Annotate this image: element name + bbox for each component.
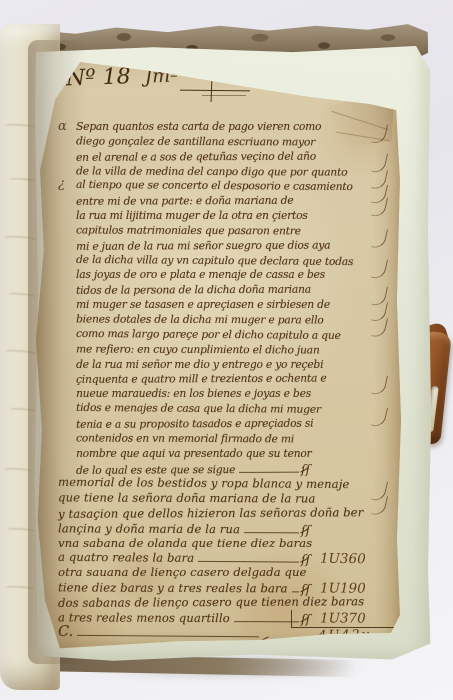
ruled-dash [325,414,376,415]
manuscript-page: Nº 18Jmº — α Sepan quantos esta carta de… [30,58,404,650]
ruled-dash [315,293,376,294]
line-text: como mas largo pareçe por el dicho capit… [76,327,341,342]
ruled-dash [310,576,376,577]
ruled-dash [319,146,376,147]
line-text: nombre que aqui va presentado que su ten… [76,447,311,460]
ruled-dash [353,488,376,489]
ruled-dash [367,516,376,517]
ruled-dash [312,220,376,221]
manuscript-line: que tiene la señora doña mariana de la r… [58,490,378,506]
manuscript-line: α Sepan quantos esta carta de pago viere… [76,120,378,135]
line-text: diego gonçalez de santillana escriuano m… [76,134,315,148]
line-text: la rua mi lijitima muger de la otra en ç… [76,209,308,222]
ruled-dash [329,279,376,280]
cross-second-stroke [202,95,246,96]
ruled-dash [298,443,376,444]
manuscript-line: tidos de la persona de la dicha doña mar… [76,282,378,298]
manuscript-line: x otra sauana de lienço casero delgada q… [58,565,378,580]
manuscript-line: dos sabanas de lienço casero que tienen … [58,594,378,611]
line-text: mi e juan de la rua mi señor suegro que … [76,238,330,252]
cross-horizontal-stroke [180,90,250,92]
ruled-dash [198,560,299,563]
manuscript-line: entre mi de vna parte: e doña mariana de [76,193,378,209]
line-text: tiene diez baras y a tres reales la bara [58,580,288,595]
ruled-dash [324,354,376,355]
line-text: que tiene la señora doña mariana de la r… [58,490,315,505]
margin-mark: ¿ [58,177,65,192]
manuscript-line: las joyas de oro e plata e menaje de cas… [76,268,378,283]
ruled-dash [345,340,376,341]
ruled-dash [244,531,299,533]
ruled-dash [330,382,376,383]
line-text: vna sabana de olanda que tiene diez bara… [58,536,312,550]
ruled-dash [305,235,376,236]
ruled-dash [315,398,376,399]
ruled-dash [357,191,376,192]
manuscript-line: tenia e a su proposito tasados e apreçia… [76,416,378,432]
ruled-dash [334,309,376,310]
ruled-dash [328,324,376,325]
line-text: tidos e menajes de casa que la dicha mi … [76,401,321,416]
line-text: de la rua mi señor me dio y entrego e yo… [76,358,323,371]
line-text: nueue marauedis: en los bienes e joyas e… [76,387,311,400]
ruled-dash [317,427,376,428]
line-text: de la villa de medina del canpo digo que… [76,164,347,178]
scribal-sign: ſſ [301,462,314,477]
ruled-dash [357,265,376,266]
manuscript-line: como mas largo pareçe por el dicho capit… [76,327,378,344]
line-text: bienes dotales de la dicha mi muger e pa… [76,312,324,326]
manuscript-line: en el arenal e a sos de qetuñas veçino d… [76,149,378,165]
manuscript-line: la rua mi lijitima muger de la otra en ç… [76,209,378,224]
ruled-dash [234,620,299,622]
manuscript-line: diego gonçalez de santillana escriuano m… [76,134,378,150]
manuscript-text: α Sepan quantos esta carta de pago viere… [58,120,378,640]
sum-bracket [291,610,398,628]
manuscript-line: çinquenta e quatro mill e trezientos e o… [76,372,378,388]
line-text: tidos de la persona de la dicha doña mar… [76,283,311,297]
line-text: capitulos matrimoniales que pasaron entr… [76,223,301,237]
ruled-dash [334,249,376,250]
manuscript-line: de la dicha villa ay vn capitulo que dec… [76,252,378,269]
line-text: dos sabanas de lienço casero que tienen … [58,594,364,610]
ruled-dash [351,176,376,177]
ruled-dash [77,633,259,636]
line-text: las joyas de oro e plata e menaje de cas… [76,268,325,281]
line-text: me refiero: en cuyo cunplimiento el dich… [76,342,320,356]
line-text: tenia e a su proposito tasados e apreçia… [76,416,313,430]
manuscript-line: de la rua mi señor me dio y entrego e yo… [76,358,378,373]
ruled-dash [325,131,376,132]
manuscript-line: bienes dotales de la dicha mi muger e pa… [76,312,378,328]
ruled-dash [327,368,376,369]
ruled-dash [319,502,376,503]
manuscript-line: a quatro reales la bara ſſ 1U360 [58,549,378,566]
manuscript-line: me refiero: en cuyo cunplimiento el dich… [76,342,378,358]
ruled-dash [368,605,376,606]
line-text: lançina y doña maria de la rua [58,521,240,536]
line-text: C. [58,623,74,639]
manuscript-line: nombre que aqui va presentado que su ten… [76,447,378,462]
manuscript-line: — tiene diez baras y a tres reales la ba… [58,579,378,595]
photo-backdrop: Nº 18Jmº — α Sepan quantos esta carta de… [0,0,453,700]
line-text: y tasaçion que dellos hizieron las señor… [58,505,363,521]
line-text: de la dicha villa ay vn capitulo que dec… [76,252,353,267]
line-text: al tienpo que se concerto el desposorio … [76,178,353,193]
line-text: en el arenal e a sos de qetuñas veçino d… [76,149,316,163]
ruled-dash [320,160,376,161]
line-text: Sepan quantos esta carta de pago vieren … [76,120,321,133]
ruled-dash [297,204,376,205]
manuscript-line: mi muger se tasasen e apreçiasen e sirbi… [76,298,378,313]
manuscript-line: y tasaçion que dellos hizieron las señor… [58,505,378,522]
line-text: memorial de los bestidos y ropa blanca y… [58,475,349,491]
ruled-dash [315,457,376,458]
ruled-dash [239,471,299,473]
manuscript-line: lançina y doña maria de la rua ſſ [58,520,378,536]
line-text: çinquenta e quatro mill e trezientos e o… [76,372,327,386]
line-text: contenidos en vn memorial firmado de mi [76,431,294,445]
manuscript-line: capitulos matrimoniales que pasaron entr… [76,223,378,239]
line-text: entre mi de vna parte: e doña mariana de [76,194,293,208]
ruled-dash [292,590,299,592]
line-text: otra sauana de lienço casero delgada que [58,565,306,579]
line-text: a quatro reales la bara [58,550,194,565]
ruled-dash [316,546,376,547]
manuscript-line: mi e juan de la rua mi señor suegro que … [76,238,378,254]
margin-mark: α [58,119,67,134]
manuscript-line: contenidos en vn memorial firmado de mi [76,431,378,447]
line-text: a tres reales menos quartillo [58,610,230,625]
manuscript-line: nueue marauedis: en los bienes e joyas e… [76,387,378,402]
line-text: mi muger se tasasen e apreçiasen e sirbi… [76,298,330,311]
